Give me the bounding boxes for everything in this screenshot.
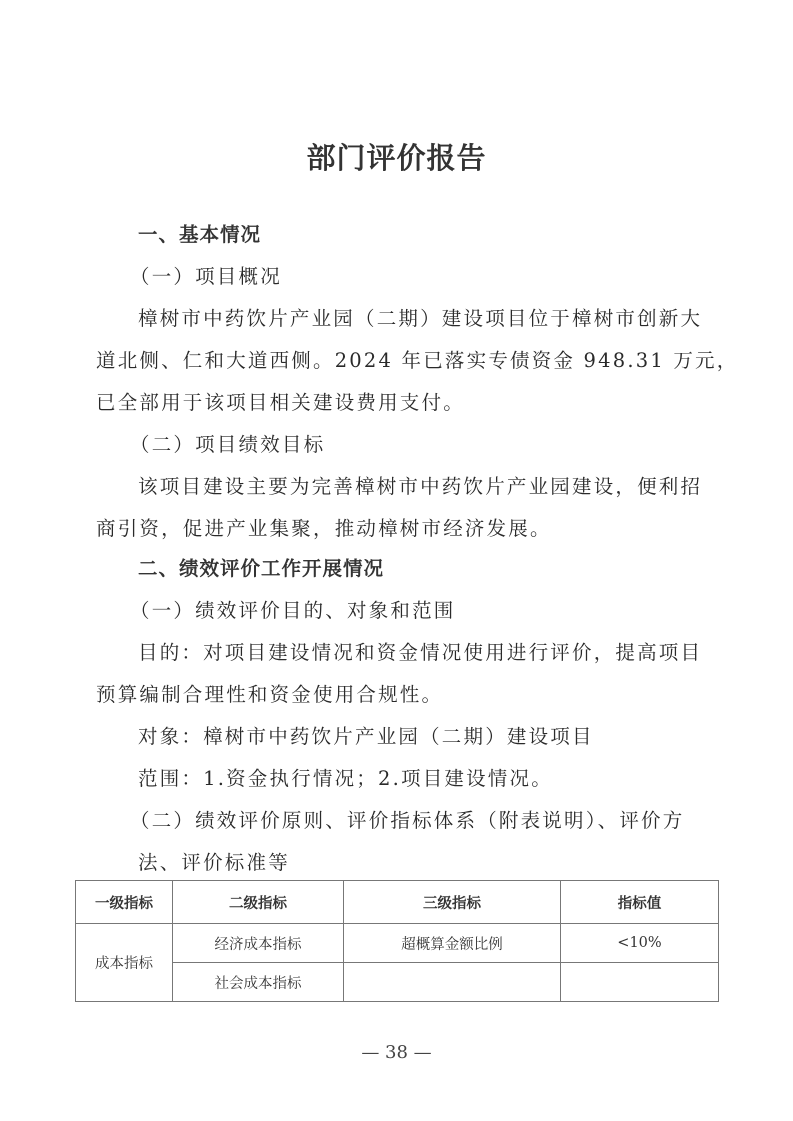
table-header: 一级指标 — [76, 881, 173, 924]
table-cell — [561, 963, 719, 1002]
paragraph-line: 道北侧、仁和大道西侧。2024 年已落实专债资金 948.31 万元， — [96, 345, 738, 373]
table-cell: 社会成本指标 — [173, 963, 344, 1002]
table-cell: 经济成本指标 — [173, 924, 344, 963]
paragraph-line: 商引资，促进产业集聚，推动樟树市经济发展。 — [96, 513, 552, 541]
subheading-performance-goals: （二）项目绩效目标 — [130, 429, 325, 457]
table-header-row: 一级指标 二级指标 三级指标 指标值 — [76, 881, 719, 924]
page-title: 部门评价报告 — [0, 136, 793, 177]
page-number: — 38 — — [0, 1042, 793, 1063]
paragraph-line: 预算编制合理性和资金使用合规性。 — [96, 679, 443, 707]
subheading-project-overview: （一）项目概况 — [130, 261, 282, 289]
section-heading-evaluation-work: 二、绩效评价工作开展情况 — [138, 553, 384, 581]
table-header: 指标值 — [561, 881, 719, 924]
subheading-purpose-object-scope: （一）绩效评价目的、对象和范围 — [130, 595, 456, 623]
paragraph-line: 樟树市中药饮片产业园（二期）建设项目位于樟树市创新大 — [138, 303, 702, 331]
subheading-principles-method: （二）绩效评价原则、评价指标体系（附表说明）、评价方 — [130, 805, 684, 833]
section-heading-basic-info: 一、基本情况 — [138, 219, 261, 247]
table-cell — [344, 963, 561, 1002]
table-header: 二级指标 — [173, 881, 344, 924]
paragraph-line: 已全部用于该项目相关建设费用支付。 — [96, 387, 465, 415]
table-cell: 成本指标 — [76, 924, 173, 1002]
table-cell: <10% — [561, 924, 719, 963]
indicator-table: 一级指标 二级指标 三级指标 指标值 成本指标 经济成本指标 超概算金额比例 <… — [75, 880, 719, 1002]
table-row: 成本指标 经济成本指标 超概算金额比例 <10% — [76, 924, 719, 963]
paragraph-line: 该项目建设主要为完善樟树市中药饮片产业园建设，便利招 — [138, 471, 702, 499]
paragraph-line: 对象：樟树市中药饮片产业园（二期）建设项目 — [138, 721, 594, 749]
paragraph-line: 范围：1.资金执行情况；2.项目建设情况。 — [138, 763, 553, 791]
table-cell: 超概算金额比例 — [344, 924, 561, 963]
table-header: 三级指标 — [344, 881, 561, 924]
paragraph-line: 法、评价标准等 — [138, 847, 290, 875]
paragraph-line: 目的：对项目建设情况和资金情况使用进行评价，提高项目 — [138, 637, 702, 665]
table-row: 社会成本指标 — [76, 963, 719, 1002]
